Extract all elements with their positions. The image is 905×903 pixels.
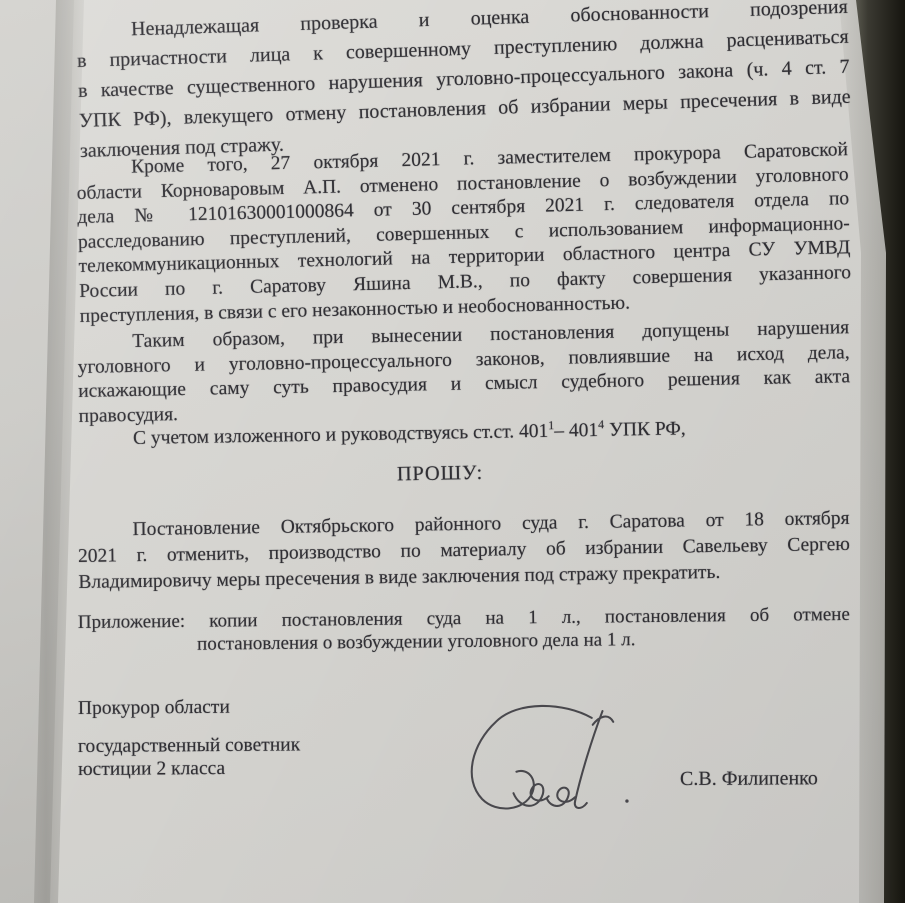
legal-basis-text: – 401	[554, 420, 598, 442]
legal-basis-text: УПК РФ,	[604, 418, 686, 440]
attachment-section: Приложение: копии постановления суда на …	[78, 604, 850, 658]
paragraph-violations-conclusion: Таким образом, при вынесении постановлен…	[77, 316, 851, 429]
handwritten-signature	[445, 700, 670, 823]
signer-name: С.В. Филипенко	[680, 767, 880, 791]
request-heading: ПРОШУ:	[78, 456, 802, 492]
paragraph-case-cancellation: Кроме того, 27 октября 2021 г. заместите…	[76, 138, 852, 329]
document-photo: Ненадлежащая проверка и оценка обоснован…	[0, 0, 905, 903]
paragraph-request: Постановление Октябрьского районного суд…	[77, 506, 850, 596]
legal-basis-text: С учетом изложенного и руководствуясь ст…	[133, 421, 549, 449]
